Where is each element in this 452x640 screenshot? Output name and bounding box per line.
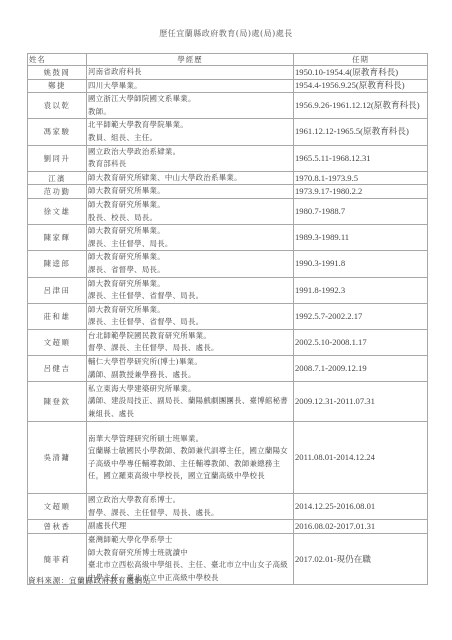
term-of-office: 1965.5.11-1968.12.31: [294, 145, 428, 171]
education-line: 輔仁大學哲學研究所(博士)畢業。: [88, 356, 292, 369]
term-of-office: 2008.7.1-2009.12.19: [294, 356, 428, 382]
education-line: 股長、校長、局長。: [88, 212, 292, 225]
education-experience: 南華大學管理研究所碩士班畢業。宜蘭縣士敏國民小學教師、教師兼代訓導主任，國立蘭陽…: [87, 422, 294, 494]
term-of-office: 1992.5.7-2002.2.17: [294, 303, 428, 329]
director-name: 江濱: [28, 171, 87, 185]
term-of-office: 2017.02.01-現仍在職: [294, 534, 428, 585]
education-line: 督學、課長、主任督學、局長、處長。: [88, 507, 292, 520]
education-line: 台北師範學院國民教育研究所畢業。: [88, 330, 292, 343]
education-line: 課長、省督學、局長。: [88, 264, 292, 277]
table-row: 呂健吉輔仁大學哲學研究所(博士)畢業。講師、副教授兼學務長、處長。2008.7.…: [28, 356, 428, 382]
term-of-office: 1956.9.26-1961.12.12(原教育科長): [294, 93, 428, 119]
director-name: 袁以乾: [28, 93, 87, 119]
term-of-office: 2011.08.01-2014.12.24: [294, 422, 428, 494]
education-line: 國立浙江大學師院國文系畢業。: [88, 93, 292, 106]
education-line: 師大教育研究所博士班就讀中: [88, 547, 292, 560]
education-line: 講師、副教授兼學務長、處長。: [88, 369, 292, 382]
table-row: 文超順台北師範學院國民教育研究所畢業。督學、課長、主任督學、局長、處長。2002…: [28, 329, 428, 355]
director-name: 鄭捷: [28, 79, 87, 93]
table-row: 呂津田師大教育研究所畢業。課長、主任督學、省督學、局長。1991.8-1992.…: [28, 277, 428, 303]
education-line: 宜蘭縣士敏國民小學教師、教師兼代訓導主任，國立蘭陽女子高級中學專任輔導教師、主任…: [88, 445, 292, 483]
table-row: 鄭捷四川大學畢業。1954.4-1956.9.25(原教育科長): [28, 79, 428, 93]
table-row: 馮家駿北平師範大學教育學院畢業。教員、組長、主任。1961.12.12-1965…: [28, 119, 428, 145]
term-of-office: 2014.12.25-2016.08.01: [294, 494, 428, 520]
director-name: 劉同升: [28, 145, 87, 171]
term-of-office: 1973.9.17-1980.2.2: [294, 185, 428, 199]
term-of-office: 2009.12.31-2011.07.31: [294, 382, 428, 422]
table-body: 姚鼓岡河南省政府科長1950.10-1954.4(原教育科長)鄭捷四川大學畢業。…: [28, 66, 428, 585]
education-line: 師大教育研究所畢業。: [88, 225, 292, 238]
education-line: 課長、主任督學、省督學、局長。: [88, 316, 292, 329]
education-line: 臺灣師範大學化學系學士: [88, 534, 292, 547]
education-experience: 副處長代理: [87, 520, 294, 534]
education-line: 師大教育研究所畢業。: [88, 185, 292, 198]
table-row: 文超順國立政治大學教育系博士。督學、課長、主任督學、局長、處長。2014.12.…: [28, 494, 428, 520]
education-line: 師大教育研究所畢業。: [88, 199, 292, 212]
education-line: 四川大學畢業。: [88, 80, 292, 93]
director-name: 文超順: [28, 329, 87, 355]
director-name: 范功勤: [28, 185, 87, 199]
term-of-office: 1950.10-1954.4(原教育科長): [294, 66, 428, 80]
table-row: 陳逵郎師大教育研究所畢業。課長、省督學、局長。1990.3-1991.8: [28, 251, 428, 277]
education-line: 師大教育研究所畢業。: [88, 278, 292, 291]
table-row: 陳登欽私立東海大學建築研究所畢業。講師、建設局技正、副局長、蘭陽戲劇團團長、臺博…: [28, 382, 428, 422]
term-of-office: 1990.3-1991.8: [294, 251, 428, 277]
term-of-office: 2016.08.02-2017.01.31: [294, 520, 428, 534]
education-line: 課長、主任督學、局長。: [88, 238, 292, 251]
education-line: 國立政治大學政治系肄業。: [88, 146, 292, 159]
education-line: 副處長代理: [88, 520, 292, 533]
education-experience: 師大教育研究所肄業、中山大學政治系畢業。: [87, 171, 294, 185]
education-experience: 國立政治大學政治系肄業。教育部科長: [87, 145, 294, 171]
term-of-office: 1970.8.1-1973.9.5: [294, 171, 428, 185]
education-line: 教師。: [88, 106, 292, 119]
education-line: 師大教育研究所畢業。: [88, 251, 292, 264]
director-name: 徐文雄: [28, 198, 87, 224]
director-name: 陳登欽: [28, 382, 87, 422]
table-row: 劉同升國立政治大學政治系肄業。教育部科長1965.5.11-1968.12.31: [28, 145, 428, 171]
table-row: 袁以乾國立浙江大學師院國文系畢業。教師。1956.9.26-1961.12.12…: [28, 93, 428, 119]
education-line: 督學、課長、主任督學、局長、處長。: [88, 342, 292, 355]
education-experience: 師大教育研究所畢業。課長、主任督學、省督學、局長。: [87, 303, 294, 329]
education-line: 課長、主任督學、省督學、局長。: [88, 290, 292, 303]
table-row: 江濱師大教育研究所肄業、中山大學政治系畢業。1970.8.1-1973.9.5: [28, 171, 428, 185]
term-of-office: 1991.8-1992.3: [294, 277, 428, 303]
table-row: 徐文雄師大教育研究所畢業。股長、校長、局長。1980.7-1988.7: [28, 198, 428, 224]
education-experience: 師大教育研究所畢業。課長、主任督學、局長。: [87, 225, 294, 251]
education-line: 私立東海大學建築研究所畢業。: [88, 383, 292, 396]
table-row: 曾秋香副處長代理2016.08.02-2017.01.31: [28, 520, 428, 534]
education-line: 教員、組長、主任。: [88, 132, 292, 145]
director-name: 莊和雄: [28, 303, 87, 329]
education-experience: 國立浙江大學師院國文系畢業。教師。: [87, 93, 294, 119]
education-line: 國立政治大學教育系博士。: [88, 494, 292, 507]
education-experience: 師大教育研究所畢業。課長、主任督學、省督學、局長。: [87, 277, 294, 303]
education-experience: 師大教育研究所畢業。課長、省督學、局長。: [87, 251, 294, 277]
term-of-office: 1954.4-1956.9.25(原教育科長): [294, 79, 428, 93]
source-note: 資料來源：宜蘭縣政府教育處網站: [28, 575, 151, 586]
directors-table: 姓名 學經歷 任期 姚鼓岡河南省政府科長1950.10-1954.4(原教育科長…: [27, 53, 428, 585]
education-line: 師大教育研究所畢業。: [88, 304, 292, 317]
education-line: 教育部科長: [88, 158, 292, 171]
header-education: 學經歷: [87, 54, 294, 66]
education-line: 北平師範大學教育學院畢業。: [88, 119, 292, 132]
education-experience: 四川大學畢業。: [87, 79, 294, 93]
education-experience: 北平師範大學教育學院畢業。教員、組長、主任。: [87, 119, 294, 145]
table-header-row: 姓名 學經歷 任期: [28, 54, 428, 66]
director-name: 曾秋香: [28, 520, 87, 534]
table-row: 范功勤師大教育研究所畢業。1973.9.17-1980.2.2: [28, 185, 428, 199]
education-experience: 輔仁大學哲學研究所(博士)畢業。講師、副教授兼學務長、處長。: [87, 356, 294, 382]
education-experience: 國立政治大學教育系博士。督學、課長、主任督學、局長、處長。: [87, 494, 294, 520]
director-name: 姚鼓岡: [28, 66, 87, 80]
education-experience: 台北師範學院國民教育研究所畢業。督學、課長、主任督學、局長、處長。: [87, 329, 294, 355]
term-of-office: 1989.3-1989.11: [294, 225, 428, 251]
director-name: 陳逵郎: [28, 251, 87, 277]
education-line: 河南省政府科長: [88, 66, 292, 79]
director-name: 文超順: [28, 494, 87, 520]
table-row: 姚鼓岡河南省政府科長1950.10-1954.4(原教育科長): [28, 66, 428, 80]
table-row: 莊和雄師大教育研究所畢業。課長、主任督學、省督學、局長。1992.5.7-200…: [28, 303, 428, 329]
term-of-office: 1980.7-1988.7: [294, 198, 428, 224]
director-name: 呂津田: [28, 277, 87, 303]
education-experience: 師大教育研究所畢業。: [87, 185, 294, 199]
document-title: 歷任宜蘭縣政府教育(局)處(局)處長: [0, 28, 452, 39]
table-row: 陳家輝師大教育研究所畢業。課長、主任督學、局長。1989.3-1989.11: [28, 225, 428, 251]
term-of-office: 2002.5.10-2008.1.17: [294, 329, 428, 355]
director-name: 馮家駿: [28, 119, 87, 145]
education-line: 師大教育研究所肄業、中山大學政治系畢業。: [88, 172, 292, 185]
education-line: 南華大學管理研究所碩士班畢業。: [88, 433, 292, 446]
table-row: 吳清鏞南華大學管理研究所碩士班畢業。宜蘭縣士敏國民小學教師、教師兼代訓導主任，國…: [28, 422, 428, 494]
header-term: 任期: [294, 54, 428, 66]
education-experience: 私立東海大學建築研究所畢業。講師、建設局技正、副局長、蘭陽戲劇團團長、臺博館秘書…: [87, 382, 294, 422]
header-name: 姓名: [28, 54, 87, 66]
education-line: 講師、建設局技正、副局長、蘭陽戲劇團團長、臺博館秘書兼組長、處長: [88, 395, 292, 420]
director-name: 吳清鏞: [28, 422, 87, 494]
director-name: 陳家輝: [28, 225, 87, 251]
education-experience: 河南省政府科長: [87, 66, 294, 80]
education-experience: 師大教育研究所畢業。股長、校長、局長。: [87, 198, 294, 224]
term-of-office: 1961.12.12-1965.5(原教育科長): [294, 119, 428, 145]
director-name: 呂健吉: [28, 356, 87, 382]
